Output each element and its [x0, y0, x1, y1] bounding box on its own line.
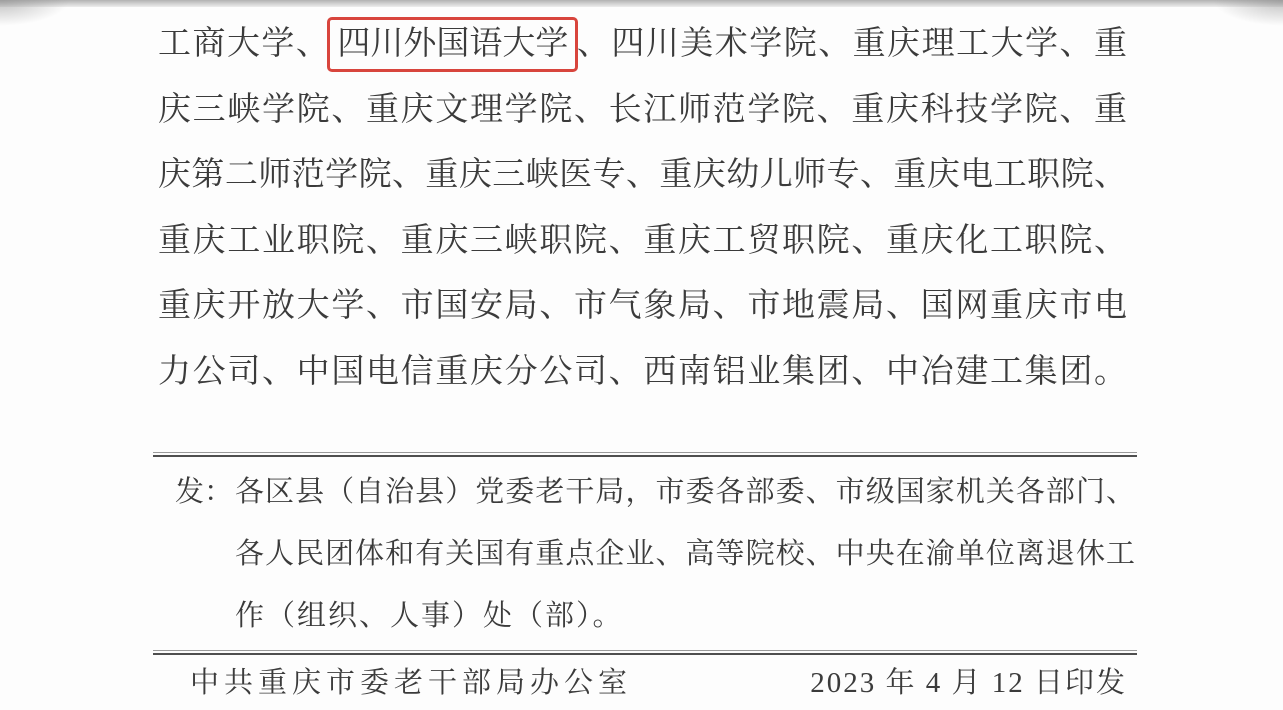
recipient-line-1-prefix: 工商大学、 [158, 26, 330, 62]
recipient-line-1-suffix: 、四川美术学院、重庆理工大学、重 [575, 26, 1127, 62]
distribution-line-3: 作（组织、人事）处（部）。 [235, 585, 1135, 647]
divider-bottom [153, 650, 1137, 655]
recipient-line-5: 重庆开放大学、市国安局、市气象局、市地震局、国网重庆市电 [158, 274, 1127, 340]
document-page: 工商大学、四川外国语大学、四川美术学院、重庆理工大学、重 庆三峡学院、重庆文理学… [0, 0, 1283, 710]
recipient-line-3: 庆第二师范学院、重庆三峡医专、重庆幼儿师专、重庆电工职院、 [158, 143, 1127, 209]
highlight-box: 四川外国语大学 [327, 17, 578, 72]
recipient-line-4: 重庆工业职院、重庆三峡职院、重庆工贸职院、重庆化工职院、 [158, 209, 1127, 275]
recipient-line-2: 庆三峡学院、重庆文理学院、长江师范学院、重庆科技学院、重 [158, 78, 1127, 144]
recipient-line-1: 工商大学、四川外国语大学、四川美术学院、重庆理工大学、重 [158, 12, 1127, 78]
scan-corner-left [0, 0, 70, 26]
issuing-office: 中共重庆市委老干部局办公室 [190, 658, 632, 708]
recipient-line-6: 力公司、中国电信重庆分公司、西南铝业集团、中冶建工集团。 [158, 340, 1127, 406]
distribution-line-2: 各人民团体和有关国有重点企业、高等院校、中央在渝单位离退休工 [235, 523, 1135, 585]
scan-edge-top [0, 0, 1283, 7]
divider-top [153, 452, 1137, 457]
distribution-section: 发： 各区县（自治县）党委老干局，市委各部委、市级国家机关各部门、 各人民团体和… [175, 461, 1135, 647]
recipient-list: 工商大学、四川外国语大学、四川美术学院、重庆理工大学、重 庆三峡学院、重庆文理学… [158, 12, 1127, 405]
distribution-label: 发： [175, 461, 235, 523]
distribution-line-1: 发： 各区县（自治县）党委老干局，市委各部委、市级国家机关各部门、 [175, 461, 1135, 523]
print-date: 2023 年 4 月 12 日印发 [810, 658, 1127, 708]
scan-corner-right [1213, 0, 1283, 26]
highlighted-university: 四川外国语大学 [337, 26, 568, 62]
distribution-line-1-text: 各区县（自治县）党委老干局，市委各部委、市级国家机关各部门、 [235, 461, 1135, 523]
footer: 中共重庆市委老干部局办公室 2023 年 4 月 12 日印发 [190, 658, 1127, 708]
